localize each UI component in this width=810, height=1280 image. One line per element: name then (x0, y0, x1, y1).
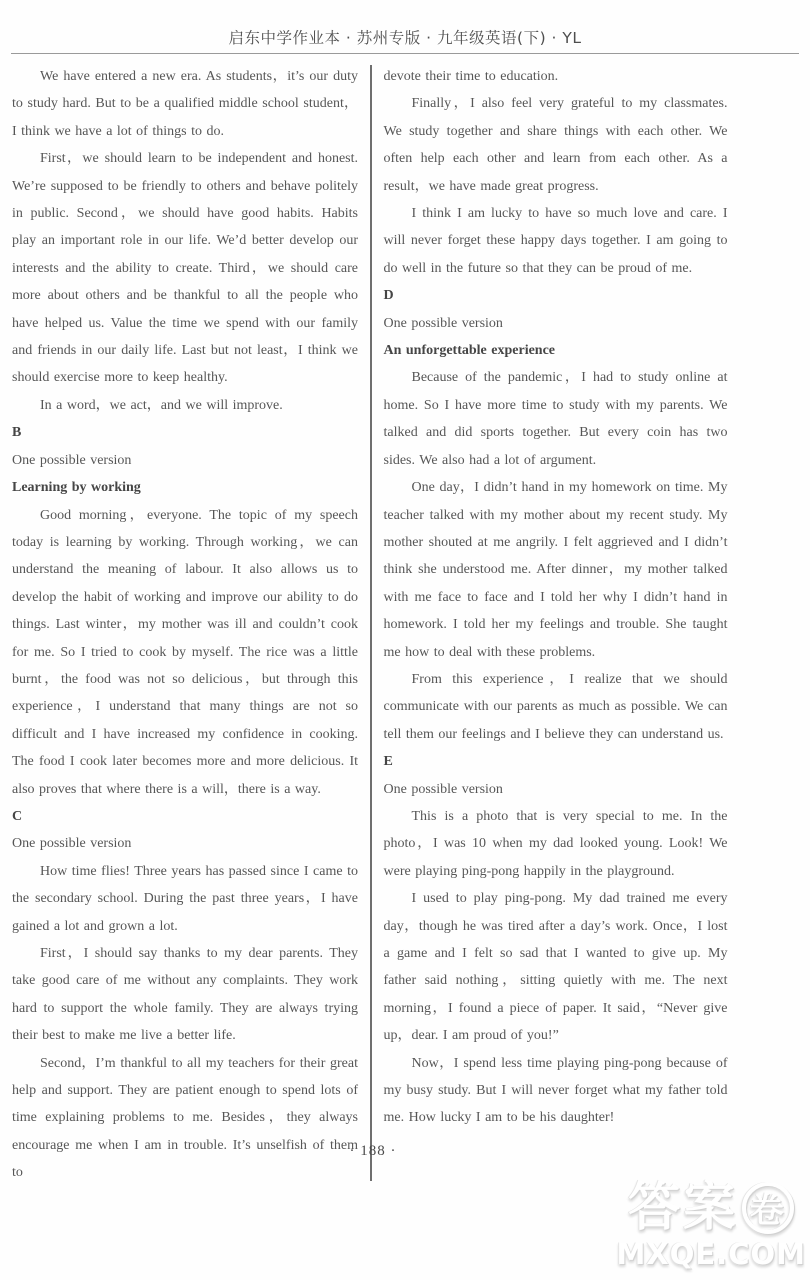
section-label-d: D (384, 282, 728, 309)
essay-paragraph: How time flies! Three years has passed s… (12, 858, 358, 940)
essay-paragraph: From this experience，I realize that we s… (384, 666, 728, 748)
one-possible-version-note: One possible version (12, 447, 358, 474)
two-column-text-area: We have entered a new era. As students，i… (0, 54, 810, 1187)
essay-paragraph: One day，I didn’t hand in my homework on … (384, 474, 728, 666)
section-label-e: E (384, 748, 728, 775)
workbook-answer-page: { "header": { "title": "启东中学作业本 · 苏州专版 ·… (0, 0, 810, 1280)
essay-title-learning-by-working: Learning by working (12, 474, 358, 501)
section-label-b: B (12, 419, 358, 446)
one-possible-version-note: One possible version (384, 776, 728, 803)
page-header-title: 启东中学作业本 · 苏州专版 · 九年级英语(下) · YL (0, 0, 810, 48)
essay-paragraph: This is a photo that is very special to … (384, 803, 728, 885)
essay-paragraph: Good morning，everyone. The topic of my s… (12, 502, 358, 803)
one-possible-version-note: One possible version (384, 310, 728, 337)
watermark-circled-character: 卷 (742, 1182, 794, 1234)
essay-paragraph-continuation: devote their time to education. (384, 63, 728, 90)
essay-paragraph: In a word，we act，and we will improve. (12, 392, 358, 419)
essay-paragraph: First，I should say thanks to my dear par… (12, 940, 358, 1050)
essay-paragraph: We have entered a new era. As students，i… (12, 63, 358, 145)
page-number: · 188 · (0, 1143, 746, 1160)
essay-title-unforgettable-experience: An unforgettable experience (384, 337, 728, 364)
watermark-logo: 答案卷 MXQE.COM (617, 1180, 807, 1270)
essay-paragraph: Finally，I also feel very grateful to my … (384, 90, 728, 200)
essay-paragraph: Now，I spend less time playing ping-pong … (384, 1050, 728, 1132)
section-label-c: C (12, 803, 358, 830)
watermark-brand-chinese: 答案卷 (617, 1180, 807, 1236)
watermark-site-url: MXQE.COM (617, 1238, 807, 1270)
left-column: We have entered a new era. As students，i… (12, 63, 358, 1187)
essay-paragraph: I think I am lucky to have so much love … (384, 200, 728, 282)
essay-paragraph: I used to play ping-pong. My dad trained… (384, 885, 728, 1049)
essay-paragraph: Because of the pandemic，I had to study o… (384, 364, 728, 474)
essay-paragraph: First，we should learn to be independent … (12, 145, 358, 392)
watermark-brand-text: 答案 (628, 1180, 738, 1236)
right-column: devote their time to education. Finally，… (384, 63, 728, 1187)
essay-paragraph: Second，I’m thankful to all my teachers f… (12, 1050, 358, 1187)
column-divider-line (370, 65, 372, 1181)
one-possible-version-note: One possible version (12, 830, 358, 857)
